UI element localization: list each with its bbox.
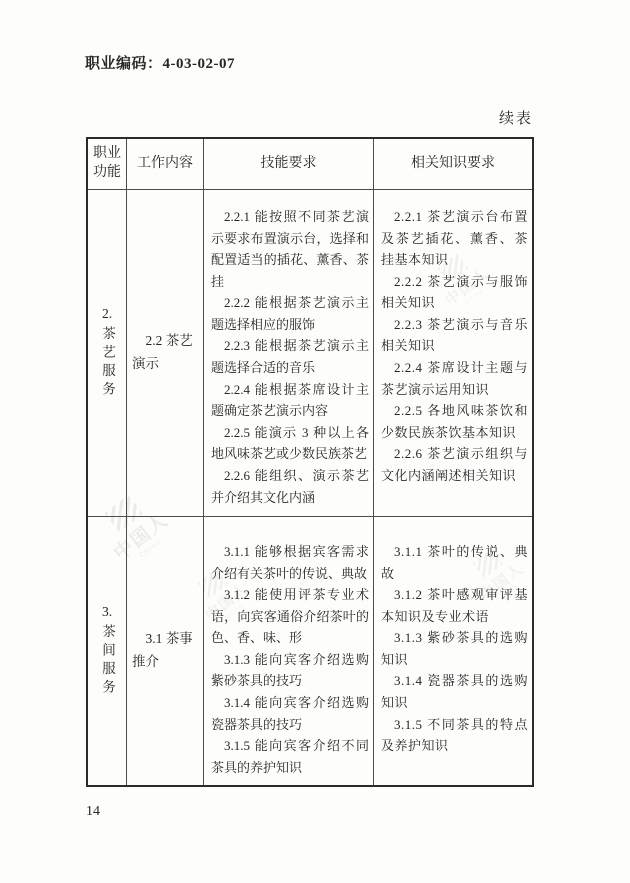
header-skill-requirements: 技能要求 (204, 139, 374, 190)
knowledge-cell-row2: 3.1.1 茶叶的传说、典故 3.1.2 茶叶感观审评基本知识及专业术语 3.1… (374, 517, 532, 785)
skill-item: 2.2.3 能根据茶艺演示主题选择合适的音乐 (211, 335, 369, 378)
skill-item: 2.2.5 能演示 3 种以上各地风味茶艺或少数民族茶艺 (211, 422, 369, 465)
requirements-table: 职业功能 工作内容 技能要求 相关知识要求 2. 茶艺服务 2.2 茶艺演示 2… (86, 137, 534, 787)
knowledge-item: 2.2.3 茶艺演示与音乐相关知识 (381, 314, 528, 357)
knowledge-item: 2.2.1 茶艺演示台布置及茶艺插花、薰香、茶挂基本知识 (381, 206, 528, 271)
skills-cell-row1: 2.2.1 能按照不同茶艺演示要求布置演示台，选择和配置适当的插花、薰香、茶挂 … (204, 190, 374, 517)
knowledge-item: 3.1.2 茶叶感观审评基本知识及专业术语 (381, 584, 528, 627)
knowledge-item: 2.2.4 茶席设计主题与茶艺演示运用知识 (381, 357, 528, 400)
skill-item: 2.2.6 能组织、演示茶艺并介绍其文化内涵 (211, 465, 369, 508)
knowledge-item: 3.1.5 不同茶具的特点及养护知识 (381, 714, 528, 757)
continued-table-label: 续表 (499, 107, 533, 128)
document-page: 中国人 China 中国人 China 中国人 China 中国人 China … (0, 0, 630, 883)
function-name: 茶艺服务 (97, 326, 117, 400)
skills-cell-row2: 3.1.1 能够根据宾客需求介绍有关茶叶的传说、典故 3.1.2 能使用评茶专业… (204, 517, 374, 785)
work-content-cell-tea-promotion: 3.1 茶事推介 (127, 517, 204, 785)
function-number: 3. (102, 604, 112, 620)
knowledge-item: 2.2.5 各地风味茶饮和少数民族茶饮基本知识 (381, 400, 528, 443)
skill-item: 3.1.3 能向宾客介绍选购紫砂茶具的技巧 (211, 649, 369, 692)
occupation-code-label: 职业编码：4-03-02-07 (85, 52, 235, 73)
knowledge-item: 3.1.4 瓷器茶具的选购知识 (381, 670, 528, 713)
header-occupational-function: 职业功能 (88, 139, 127, 190)
work-content-cell-tea-art-demo: 2.2 茶艺演示 (127, 190, 204, 517)
knowledge-item: 3.1.3 紫砂茶具的选购知识 (381, 627, 528, 670)
function-number: 2. (102, 306, 112, 322)
header-knowledge-requirements: 相关知识要求 (374, 139, 532, 190)
knowledge-item: 2.2.6 茶艺演示组织与文化内涵阐述相关知识 (381, 443, 528, 486)
work-content-text: 2.2 茶艺演示 (132, 330, 199, 376)
header-work-content: 工作内容 (127, 139, 204, 190)
page-number: 14 (86, 804, 100, 820)
skill-item: 3.1.4 能向宾客介绍选购瓷器茶具的技巧 (211, 692, 369, 735)
knowledge-cell-row1: 2.2.1 茶艺演示台布置及茶艺插花、薰香、茶挂基本知识 2.2.2 茶艺演示与… (374, 190, 532, 517)
function-cell-tea-room-service: 3. 茶间服务 (88, 517, 127, 785)
function-name: 茶间服务 (97, 624, 117, 698)
skill-item: 3.1.2 能使用评茶专业术语，向宾客通俗介绍茶叶的色、香、味、形 (211, 584, 369, 649)
skill-item: 2.2.1 能按照不同茶艺演示要求布置演示台，选择和配置适当的插花、薰香、茶挂 (211, 206, 369, 292)
skill-item: 3.1.5 能向宾客介绍不同茶具的养护知识 (211, 735, 369, 778)
skill-item: 2.2.4 能根据茶席设计主题确定茶艺演示内容 (211, 379, 369, 422)
function-cell-tea-art-service: 2. 茶艺服务 (88, 190, 127, 517)
skill-item: 3.1.1 能够根据宾客需求介绍有关茶叶的传说、典故 (211, 541, 369, 584)
knowledge-item: 2.2.2 茶艺演示与服饰相关知识 (381, 271, 528, 314)
work-content-text: 3.1 茶事推介 (132, 628, 199, 674)
knowledge-item: 3.1.1 茶叶的传说、典故 (381, 541, 528, 584)
skill-item: 2.2.2 能根据茶艺演示主题选择相应的服饰 (211, 292, 369, 335)
